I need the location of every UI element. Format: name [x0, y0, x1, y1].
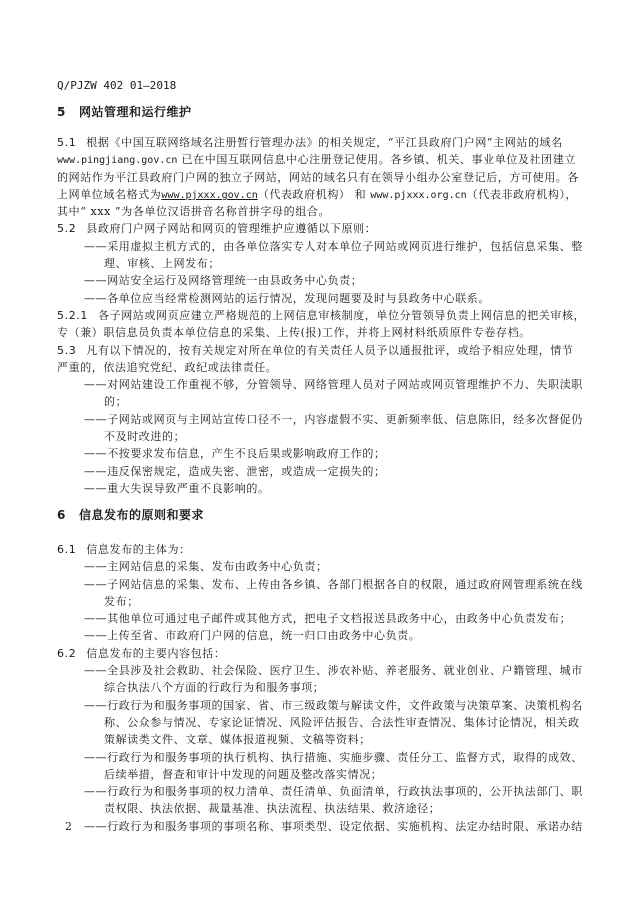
text-fragment: （代表非政府机构）， [467, 188, 578, 201]
list-item: ——上传至省、市政府门户网的信息，统一归口由政务中心负责。 [57, 627, 557, 644]
text-line: 严重的，依法追究党纪、政纪或法律责任。 [57, 359, 557, 376]
text-line: 上网单位域名格式为www.pjxxx.gov.cn（代表政府机构） 和 www.… [57, 186, 557, 203]
list-item-continuation: 综合执法八个方面的行政行为和服务事项； [57, 679, 557, 696]
list-item-continuation: 发布； [57, 593, 557, 610]
text-fragment: 已在中国互联网信息中心注册登记使用。各乡镇、机关、事业单位及社团建立 [177, 153, 576, 166]
section-title: 信息发布的原则和要求 [79, 508, 204, 522]
list-item: ——子网站信息的采集、发布、上传由各乡镇、各部门根据各自的权限，通过政府网管理系… [57, 576, 557, 593]
text-line: 县政府门户网子网站和网页的管理维护应遵循以下原则： [86, 222, 376, 235]
section-6-body: 6.1信息发布的主体为： ——主网站信息的采集、发布由政务中心负责； ——子网站… [57, 541, 557, 835]
list-item: ——行政行为和服务事项的国家、省、市三级政策与解读文件，文件政策与决策草案、决策… [57, 697, 557, 714]
list-item: ——网站安全运行及网络管理统一由县政务中心负责； [57, 272, 557, 289]
section-heading-5: 5网站管理和运行维护 [57, 103, 192, 120]
list-item: ——行政行为和服务事项的执行机构、执行措施、实施步骤、责任分工、监督方式，取得的… [57, 749, 557, 766]
clause-5-2: 5.2县政府门户网子网站和网页的管理维护应遵循以下原则： [57, 220, 557, 237]
text-line: 根据《中国互联网络域名注册暂行管理办法》的相关规定，“平江县政府门户网”主网站的… [86, 136, 562, 149]
text-line: 的网站作为平江县政府门户网的独立子网站，网站的域名只有在领导小组办公室登记后，方… [57, 169, 557, 186]
clause-5-1: 5.1根据《中国互联网络域名注册暂行管理办法》的相关规定，“平江县政府门户网”主… [57, 134, 557, 151]
clause-number: 5.2.1 [57, 307, 88, 324]
section-heading-6: 6信息发布的原则和要求 [57, 506, 204, 523]
text-line: 其中“ xxx ”为各单位汉语拼音名称首拼字母的组合。 [57, 203, 557, 220]
list-item-continuation: 策解读类文件、文章、媒体报道视频、文稿等资料； [57, 731, 557, 748]
document-page: Q/PJZW 402 01—2018 5网站管理和运行维护 5.1根据《中国互联… [0, 0, 635, 898]
clause-number: 6.2 [57, 645, 76, 662]
clause-6-1: 6.1信息发布的主体为： [57, 541, 557, 558]
org-domain-format: www.pjxxx.org.cn [370, 190, 466, 201]
clause-5-3: 5.3凡有以下情况的，按有关规定对所在单位的有关责任人员予以通报批评，或给予相应… [57, 342, 557, 359]
list-item: ——重大失误导致严重不良影响的。 [57, 480, 557, 497]
clause-number: 5.3 [57, 342, 76, 359]
text-line: 各子网站或网页应建立严格规范的上网信息审核制度，单位分管领导负责上网信息的把关审… [98, 309, 585, 322]
list-item: ——行政行为和服务事项的事项名称、事项类型、设定依据、实施机构、法定办结时限、承… [57, 818, 557, 835]
section-number: 5 [57, 105, 79, 119]
list-item: ——违反保密规定，造成失密、泄密，或造成一定损失的； [57, 463, 557, 480]
list-item: ——全县涉及社会救助、社会保险、医疗卫生、涉农补贴、养老服务、就业创业、户籍管理… [57, 662, 557, 679]
list-item: ——各单位应当经常检测网站的运行情况，发现问题要及时与县政务中心联系。 [57, 290, 557, 307]
list-item: ——主网站信息的采集、发布由政务中心负责； [57, 558, 557, 575]
gov-domain-format: www.pjxxx.gov.cn [161, 190, 257, 201]
list-item-continuation: 称、公众参与情况、专家论证情况、风险评估报告、合法性审查情况、集体讨论情况，相关… [57, 714, 557, 731]
clause-number: 6.1 [57, 541, 76, 558]
list-item-continuation: 理、审核、上网发布； [57, 255, 557, 272]
list-item: ——对网站建设工作重视不够，分管领导、网络管理人员对子网站或网页管理维护不力、失… [57, 376, 557, 393]
text-line: www.pingjiang.gov.cn 已在中国互联网信息中心注册登记使用。各… [57, 151, 557, 168]
list-item: ——其他单位可通过电子邮件或其他方式，把电子文档报送县政务中心，由政务中心负责发… [57, 610, 557, 627]
text-line: 信息发布的主体为： [86, 543, 190, 556]
list-item-continuation: 后续举措，督查和审计中发现的问题及整改落实情况； [57, 766, 557, 783]
text-fragment: 上网单位域名格式为 [57, 188, 161, 201]
list-item: ——采用虚拟主机方式的，由各单位落实专人对本单位子网站或网页进行维护，包括信息采… [57, 238, 557, 255]
clause-5-2-1: 5.2.1各子网站或网页应建立严格规范的上网信息审核制度，单位分管领导负责上网信… [57, 307, 557, 324]
section-5-body: 5.1根据《中国互联网络域名注册暂行管理办法》的相关规定，“平江县政府门户网”主… [57, 134, 557, 497]
list-item-continuation: 不及时改进的； [57, 428, 557, 445]
page-number: 2 [65, 820, 72, 833]
list-item: ——行政行为和服务事项的权力清单、责任清单、负面清单，行政执法事项的，公开执法部… [57, 783, 557, 800]
text-fragment: （代表政府机构） 和 [258, 188, 371, 201]
clause-6-2: 6.2信息发布的主要内容包括： [57, 645, 557, 662]
domain-url: www.pingjiang.gov.cn [57, 155, 177, 166]
section-title: 网站管理和运行维护 [79, 105, 192, 119]
text-line: 信息发布的主要内容包括： [86, 647, 225, 660]
document-code: Q/PJZW 402 01—2018 [57, 79, 176, 92]
text-line: 凡有以下情况的，按有关规定对所在单位的有关责任人员予以通报批评，或给予相应处理，… [86, 344, 573, 357]
clause-number: 5.2 [57, 220, 76, 237]
list-item-continuation: 的； [57, 393, 557, 410]
list-item: ——不按要求发布信息，产生不良后果或影响政府工作的； [57, 445, 557, 462]
list-item-continuation: 责权限、执法依据、裁量基准、执法流程、执法结果、救济途径； [57, 800, 557, 817]
list-item: ——子网站或网页与主网站宣传口径不一，内容虚假不实、更新频率低、信息陈旧，经多次… [57, 411, 557, 428]
clause-number: 5.1 [57, 134, 76, 151]
text-line: 专（兼）职信息员负责本单位信息的采集、上传(报)工作，并将上网材料纸质原件专卷存… [57, 324, 557, 341]
section-number: 6 [57, 508, 79, 522]
